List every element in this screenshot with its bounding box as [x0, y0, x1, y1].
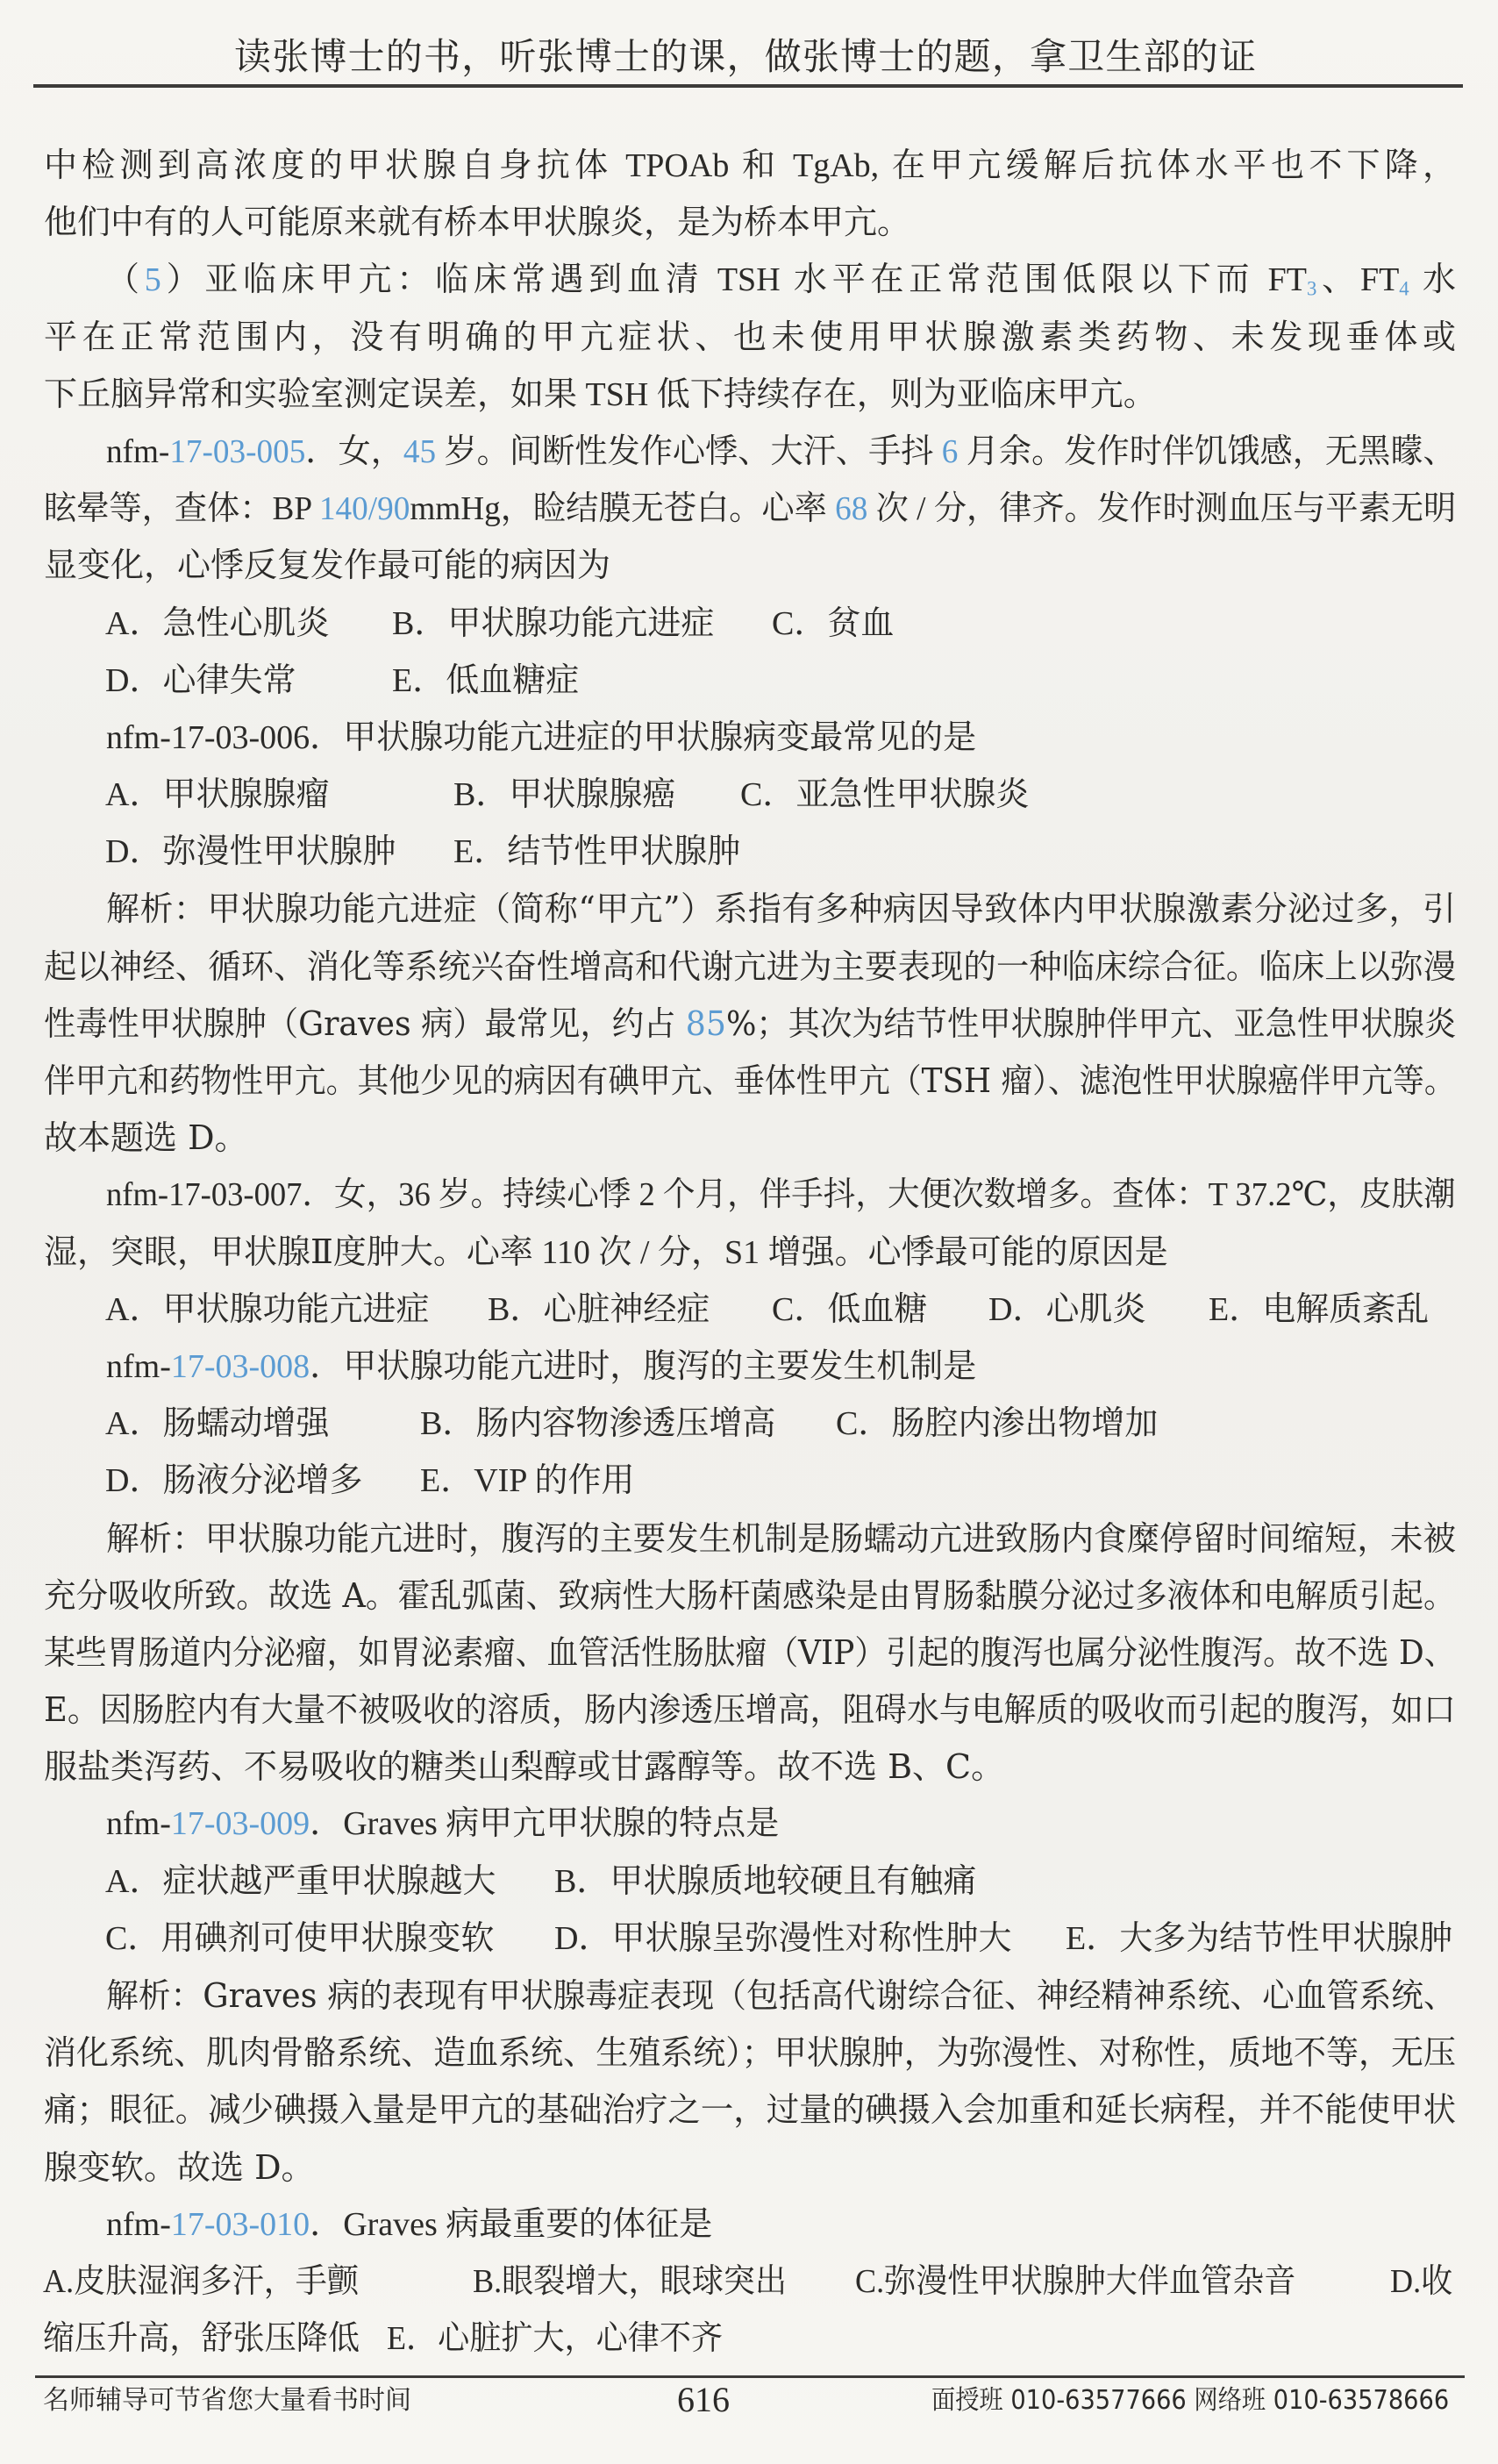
option-a: A．甲状腺腺瘤: [105, 767, 329, 824]
question-stem-line: 显变化，心悸反复发作最可能的病因为: [0, 538, 1498, 595]
option-e: E．VIP 的作用: [420, 1453, 635, 1510]
option-c: C．低血糖: [772, 1282, 927, 1339]
option-c: C.弥漫性甲状腺肿大伴血管杂音: [855, 2253, 1319, 2310]
text-line: nfm-17-03-010．Graves 病最重要的体征是: [106, 2196, 1456, 2253]
option-d-text-part1: D.收: [1390, 2253, 1452, 2310]
option-a: A．甲状腺功能亢进症: [105, 1282, 429, 1339]
text-segment: ．甲状腺功能亢进时，腹泻的主要发生机制是: [310, 1348, 976, 1385]
options-line: D．肠液分泌增多 E．VIP 的作用: [0, 1453, 1498, 1510]
option-d: D．弥漫性甲状腺肿: [105, 824, 396, 881]
page-content: 中检测到高浓度的甲状腺自身抗体 TPOAb 和 TgAb, 在甲亢缓解后抗体水平…: [0, 138, 1498, 2368]
question-id-code: 17-03-009: [171, 1805, 310, 1842]
footer-slogan: 名师辅导可节省您大量看书时间: [43, 2382, 411, 2419]
option-a: A．肠蠕动增强: [105, 1396, 329, 1453]
text-segment: ．女，: [305, 433, 403, 470]
options-line: A．甲状腺腺瘤 B．甲状腺腺癌 C．亚急性甲状腺炎: [0, 767, 1498, 824]
option-c: C．亚急性甲状腺炎: [740, 767, 1029, 824]
analysis-line: 起以神经、循环、消化等系统兴奋性增高和代谢亢进为主要表现的一种临床综合征。临床上…: [0, 939, 1498, 996]
option-e: E．结节性甲状腺肿: [453, 824, 740, 881]
question-id-prefix: nfm-: [106, 2206, 171, 2243]
option-a-text: A.皮肤湿润多汗，手颤: [43, 2253, 359, 2310]
text-line: E。因肠腔内有大量不被吸收的溶质，肠内渗透压增高，阻碍水与电解质的吸收而引起的腹…: [44, 1682, 1412, 1739]
text-segment: 水: [1409, 261, 1456, 298]
option-b: B．心脏神经症: [488, 1282, 710, 1339]
analysis-line: 解析：Graves 病的表现有甲状腺毒症表现（包括高代谢综合征、神经精神系统、心…: [0, 1968, 1498, 2025]
text-line: 腺变软。故选 D。: [44, 2139, 1456, 2196]
analysis-line: 伴甲亢和药物性甲亢。其他少见的病因有碘甲亢、垂体性甲亢（TSH 瘤）、滤泡性甲状…: [0, 1053, 1498, 1110]
option-d: D．肠液分泌增多: [105, 1453, 362, 1510]
text-line: 性毒性甲状腺肿（Graves 病）最常见，约占 85%；其次为结节性甲状腺肿伴甲…: [44, 996, 1392, 1053]
text-line: 湿，突眼，甲状腺Ⅱ度肿大。心率 110 次 / 分，S1 增强。心悸最可能的原因…: [44, 1225, 1456, 1282]
options-line: A．急性心肌炎 B．甲状腺功能亢进症 C．贫血: [0, 596, 1498, 653]
option-e: E．心脏扩大，心律不齐: [387, 2310, 740, 2368]
text-line: 解析：Graves 病的表现有甲状腺毒症表现（包括高代谢综合征、神经精神系统、心…: [106, 1968, 1412, 2025]
option-c: C．贫血: [772, 596, 894, 653]
ft4-subscript: 4: [1399, 278, 1409, 300]
text-line: 显变化，心悸反复发作最可能的病因为: [44, 538, 1456, 595]
text-line: 故本题选 D。: [44, 1110, 1456, 1167]
options-line: D．心律失常 E．低血糖症: [0, 653, 1498, 710]
analysis-line: 充分吸收所致。故选 A。霍乱弧菌、致病性大肠杆菌感染是由胃肠黏膜分泌过多液体和电…: [0, 1568, 1498, 1625]
text-segment: %；其次为结节性甲状腺肿伴甲亢、亚急性甲状腺炎: [726, 1004, 1456, 1043]
options-line: A．症状越严重甲状腺越大 B．甲状腺质地较硬且有触痛: [0, 1853, 1498, 1910]
text-line: nfm-17-03-007．女，36 岁。持续心悸 2 个月，伴手抖，大便次数增…: [106, 1167, 1405, 1224]
question-id-code: 17-03-008: [171, 1348, 310, 1385]
text-line: nfm-17-03-005．女，45 岁。间断性发作心悸、大汗、手抖 6 月余。…: [106, 424, 1428, 481]
text-line: 中检测到高浓度的甲状腺自身抗体 TPOAb 和 TgAb, 在甲亢缓解后抗体水平…: [44, 138, 1456, 195]
text-line: 解析：甲状腺功能亢进时，腹泻的主要发生机制是肠蠕动亢进致肠内食糜停留时间缩短，未…: [106, 1511, 1439, 1568]
subclinical-line: 下丘脑异常和实验室测定误差，如果 TSH 低下持续存在，则为亚临床甲亢。: [0, 367, 1498, 424]
subclinical-line: 平在正常范围内，没有明确的甲亢症状、也未使用甲状腺激素类药物、未发现垂体或: [0, 310, 1498, 367]
analysis-line: 腺变软。故选 D。: [0, 2139, 1498, 2196]
footer-rule: [35, 2375, 1465, 2378]
running-header-title: 读张博士的书，听张博士的课，做张博士的题，拿卫生部的证: [234, 35, 1256, 81]
text-line: 充分吸收所致。故选 A。霍乱弧菌、致病性大肠杆菌感染是由胃肠黏膜分泌过多液体和电…: [44, 1568, 1402, 1625]
text-segment: ）亚临床甲亢：临床常遇到血清 TSH 水平在正常范围低限以下而 FT: [161, 261, 1307, 298]
subclinical-heading-line: （5）亚临床甲亢：临床常遇到血清 TSH 水平在正常范围低限以下而 FT3、FT…: [0, 252, 1498, 309]
text-segment: ．Graves 病最重要的体征是: [310, 2206, 712, 2243]
option-a: A.皮肤湿润多汗，手颤: [43, 2253, 375, 2310]
analysis-line: 故本题选 D。: [0, 1110, 1498, 1167]
question-id-code: 17-03-010: [171, 2206, 310, 2243]
option-c-text: C.弥漫性甲状腺肿大伴血管杂音: [855, 2253, 1295, 2310]
text-segment: 性毒性甲状腺肿（Graves 病）最常见，约占: [44, 1004, 686, 1043]
option-a: A．急性心肌炎: [105, 596, 329, 653]
question-stem-line: 湿，突眼，甲状腺Ⅱ度肿大。心率 110 次 / 分，S1 增强。心悸最可能的原因…: [0, 1225, 1498, 1282]
question-id-prefix: nfm-: [106, 1805, 171, 1842]
options-line: A．肠蠕动增强 B．肠内容物渗透压增高 C．肠腔内渗出物增加: [0, 1396, 1498, 1453]
question-stem-line: nfm-17-03-010．Graves 病最重要的体征是: [0, 2196, 1498, 2253]
text-line: 某些胃肠道内分泌瘤，如胃泌素瘤、血管活性肠肽瘤（VIP）引起的腹泻也属分泌性腹泻…: [44, 1625, 1376, 1682]
question-id-prefix: nfm-: [106, 1348, 171, 1385]
page-number: 616: [677, 2379, 730, 2421]
options-line: D．弥漫性甲状腺肿 E．结节性甲状腺肿: [0, 824, 1498, 881]
analysis-line: 消化系统、肌肉骨骼系统、造血系统、生殖系统）；甲状腺肿，为弥漫性、对称性，质地不…: [0, 2025, 1498, 2082]
text-segment: ．Graves 病甲亢甲状腺的特点是: [310, 1805, 779, 1842]
option-b: B．甲状腺功能亢进症: [392, 596, 714, 653]
option-b: B．甲状腺腺癌: [453, 767, 675, 824]
options-line: A．甲状腺功能亢进症 B．心脏神经症 C．低血糖 D．心肌炎 E．电解质紊乱: [0, 1282, 1498, 1339]
text-line: nfm-17-03-006．甲状腺功能亢进症的甲状腺病变最常见的是: [106, 710, 1456, 767]
analysis-line: E。因肠腔内有大量不被吸收的溶质，肠内渗透压增高，阻碍水与电解质的吸收而引起的腹…: [0, 1682, 1498, 1739]
text-line: nfm-17-03-008．甲状腺功能亢进时，腹泻的主要发生机制是: [106, 1339, 1456, 1396]
option-b-text: B.眼裂增大，眼球突出: [473, 2253, 787, 2310]
text-line: 下丘脑异常和实验室测定误差，如果 TSH 低下持续存在，则为亚临床甲亢。: [44, 367, 1456, 424]
header-rule: [33, 84, 1463, 88]
options-line: C．用碘剂可使甲状腺变软 D．甲状腺呈弥漫性对称性肿大 E．大多为结节性甲状腺肿: [0, 1910, 1498, 1968]
highlight-number: 6: [942, 433, 959, 470]
option-d-text-part2: 缩压升高，舒张压降低: [43, 2310, 360, 2368]
paren-open: （: [106, 261, 145, 298]
options-line: A.皮肤湿润多汗，手颤 B.眼裂增大，眼球突出 C.弥漫性甲状腺肿大伴血管杂音 …: [0, 2253, 1498, 2310]
text-line: 消化系统、肌肉骨骼系统、造血系统、生殖系统）；甲状腺肿，为弥漫性、对称性，质地不…: [44, 2025, 1419, 2082]
highlight-number: 45: [403, 433, 436, 470]
footer-contact: 面授班 010-63577666 网络班 010-63578666: [931, 2382, 1402, 2419]
ft3-subscript: 3: [1307, 278, 1316, 300]
option-d: D.收: [1390, 2253, 1456, 2310]
text-segment: 眩晕等，查体：BP: [44, 490, 319, 527]
option-e: E．低血糖症: [392, 653, 579, 710]
text-line: 平在正常范围内，没有明确的甲亢症状、也未使用甲状腺激素类药物、未发现垂体或: [44, 310, 1456, 367]
highlight-number: 140/90: [319, 490, 410, 527]
option-e: E．大多为结节性甲状腺肿: [1066, 1910, 1452, 1968]
option-d: D．甲状腺呈弥漫性对称性肿大: [554, 1910, 1011, 1968]
option-e-text: E．心脏扩大，心律不齐: [387, 2310, 723, 2368]
option-b: B．甲状腺质地较硬且有触痛: [554, 1853, 976, 1910]
analysis-line: 服盐类泻药、不易吸收的糖类山梨醇或甘露醇等。故不选 B、C。: [0, 1739, 1498, 1796]
analysis-line: 性毒性甲状腺肿（Graves 病）最常见，约占 85%；其次为结节性甲状腺肿伴甲…: [0, 996, 1498, 1053]
intro-line: 他们中有的人可能原来就有桥本甲状腺炎，是为桥本甲亢。: [0, 195, 1498, 252]
question-stem-line: nfm-17-03-009．Graves 病甲亢甲状腺的特点是: [0, 1796, 1498, 1853]
text-segment: 月余。发作时伴饥饿感，无黑矇、: [958, 433, 1455, 470]
text-segment: 岁。间断性发作心悸、大汗、手抖: [436, 433, 942, 470]
text-line: 他们中有的人可能原来就有桥本甲状腺炎，是为桥本甲亢。: [44, 195, 1456, 252]
question-id-prefix: nfm-: [106, 433, 169, 470]
text-line: 起以神经、循环、消化等系统兴奋性增高和代谢亢进为主要表现的一种临床综合征。临床上…: [44, 939, 1435, 996]
option-c: C．用碘剂可使甲状腺变软: [105, 1910, 494, 1968]
option-c: C．肠腔内渗出物增加: [836, 1396, 1158, 1453]
option-a: A．症状越严重甲状腺越大: [105, 1853, 496, 1910]
analysis-line: 痛；眼征。减少碘摄入量是甲亢的基础治疗之一，过量的碘摄入会加重和延长病程，并不能…: [0, 2082, 1498, 2139]
analysis-line: 某些胃肠道内分泌瘤，如胃泌素瘤、血管活性肠肽瘤（VIP）引起的腹泻也属分泌性腹泻…: [0, 1625, 1498, 1682]
highlight-number: 68: [835, 490, 867, 527]
item-number: 5: [145, 261, 161, 298]
text-line: 眩晕等，查体：BP 140/90mmHg，睑结膜无苍白。心率 68 次 / 分，…: [44, 481, 1427, 538]
text-line: （5）亚临床甲亢：临床常遇到血清 TSH 水平在正常范围低限以下而 FT3、FT…: [106, 252, 1456, 309]
text-line: nfm-17-03-009．Graves 病甲亢甲状腺的特点是: [106, 1796, 1456, 1853]
option-b: B.眼裂增大，眼球突出: [473, 2253, 803, 2310]
option-d: D．心律失常: [105, 653, 296, 710]
options-line: 缩压升高，舒张压降低 E．心脏扩大，心律不齐: [0, 2310, 1498, 2368]
highlight-number: 85: [686, 1004, 726, 1043]
question-stem-line: nfm-17-03-006．甲状腺功能亢进症的甲状腺病变最常见的是: [0, 710, 1498, 767]
question-id-code: 17-03-005: [169, 433, 305, 470]
question-stem-line: nfm-17-03-008．甲状腺功能亢进时，腹泻的主要发生机制是: [0, 1339, 1498, 1396]
option-b: B．肠内容物渗透压增高: [420, 1396, 775, 1453]
text-line: 服盐类泻药、不易吸收的糖类山梨醇或甘露醇等。故不选 B、C。: [44, 1739, 1456, 1796]
intro-line: 中检测到高浓度的甲状腺自身抗体 TPOAb 和 TgAb, 在甲亢缓解后抗体水平…: [0, 138, 1498, 195]
text-segment: 、FT: [1316, 261, 1399, 298]
question-stem-line: nfm-17-03-007．女，36 岁。持续心悸 2 个月，伴手抖，大便次数增…: [0, 1167, 1498, 1224]
text-line: 解析：甲状腺功能亢进症（简称“甲亢”）系指有多种病因导致体内甲状腺激素分泌过多，…: [106, 881, 1456, 938]
text-line: 伴甲亢和药物性甲亢。其他少见的病因有碘甲亢、垂体性甲亢（TSH 瘤）、滤泡性甲状…: [44, 1053, 1372, 1110]
text-segment: 次 / 分，律齐。发作时测血压与平素无明: [867, 490, 1456, 527]
analysis-line: 解析：甲状腺功能亢进症（简称“甲亢”）系指有多种病因导致体内甲状腺激素分泌过多，…: [0, 881, 1498, 938]
option-e: E．电解质紊乱: [1209, 1282, 1429, 1339]
option-d: D．心肌炎: [988, 1282, 1145, 1339]
option-d-continuation: 缩压升高，舒张压降低: [43, 2310, 376, 2368]
text-segment: mmHg，睑结膜无苍白。心率: [410, 490, 835, 527]
text-line: 痛；眼征。减少碘摄入量是甲亢的基础治疗之一，过量的碘摄入会加重和延长病程，并不能…: [44, 2082, 1435, 2139]
question-stem-line: nfm-17-03-005．女，45 岁。间断性发作心悸、大汗、手抖 6 月余。…: [0, 424, 1498, 481]
analysis-line: 解析：甲状腺功能亢进时，腹泻的主要发生机制是肠蠕动亢进致肠内食糜停留时间缩短，未…: [0, 1511, 1498, 1568]
question-stem-line: 眩晕等，查体：BP 140/90mmHg，睑结膜无苍白。心率 68 次 / 分，…: [0, 481, 1498, 538]
